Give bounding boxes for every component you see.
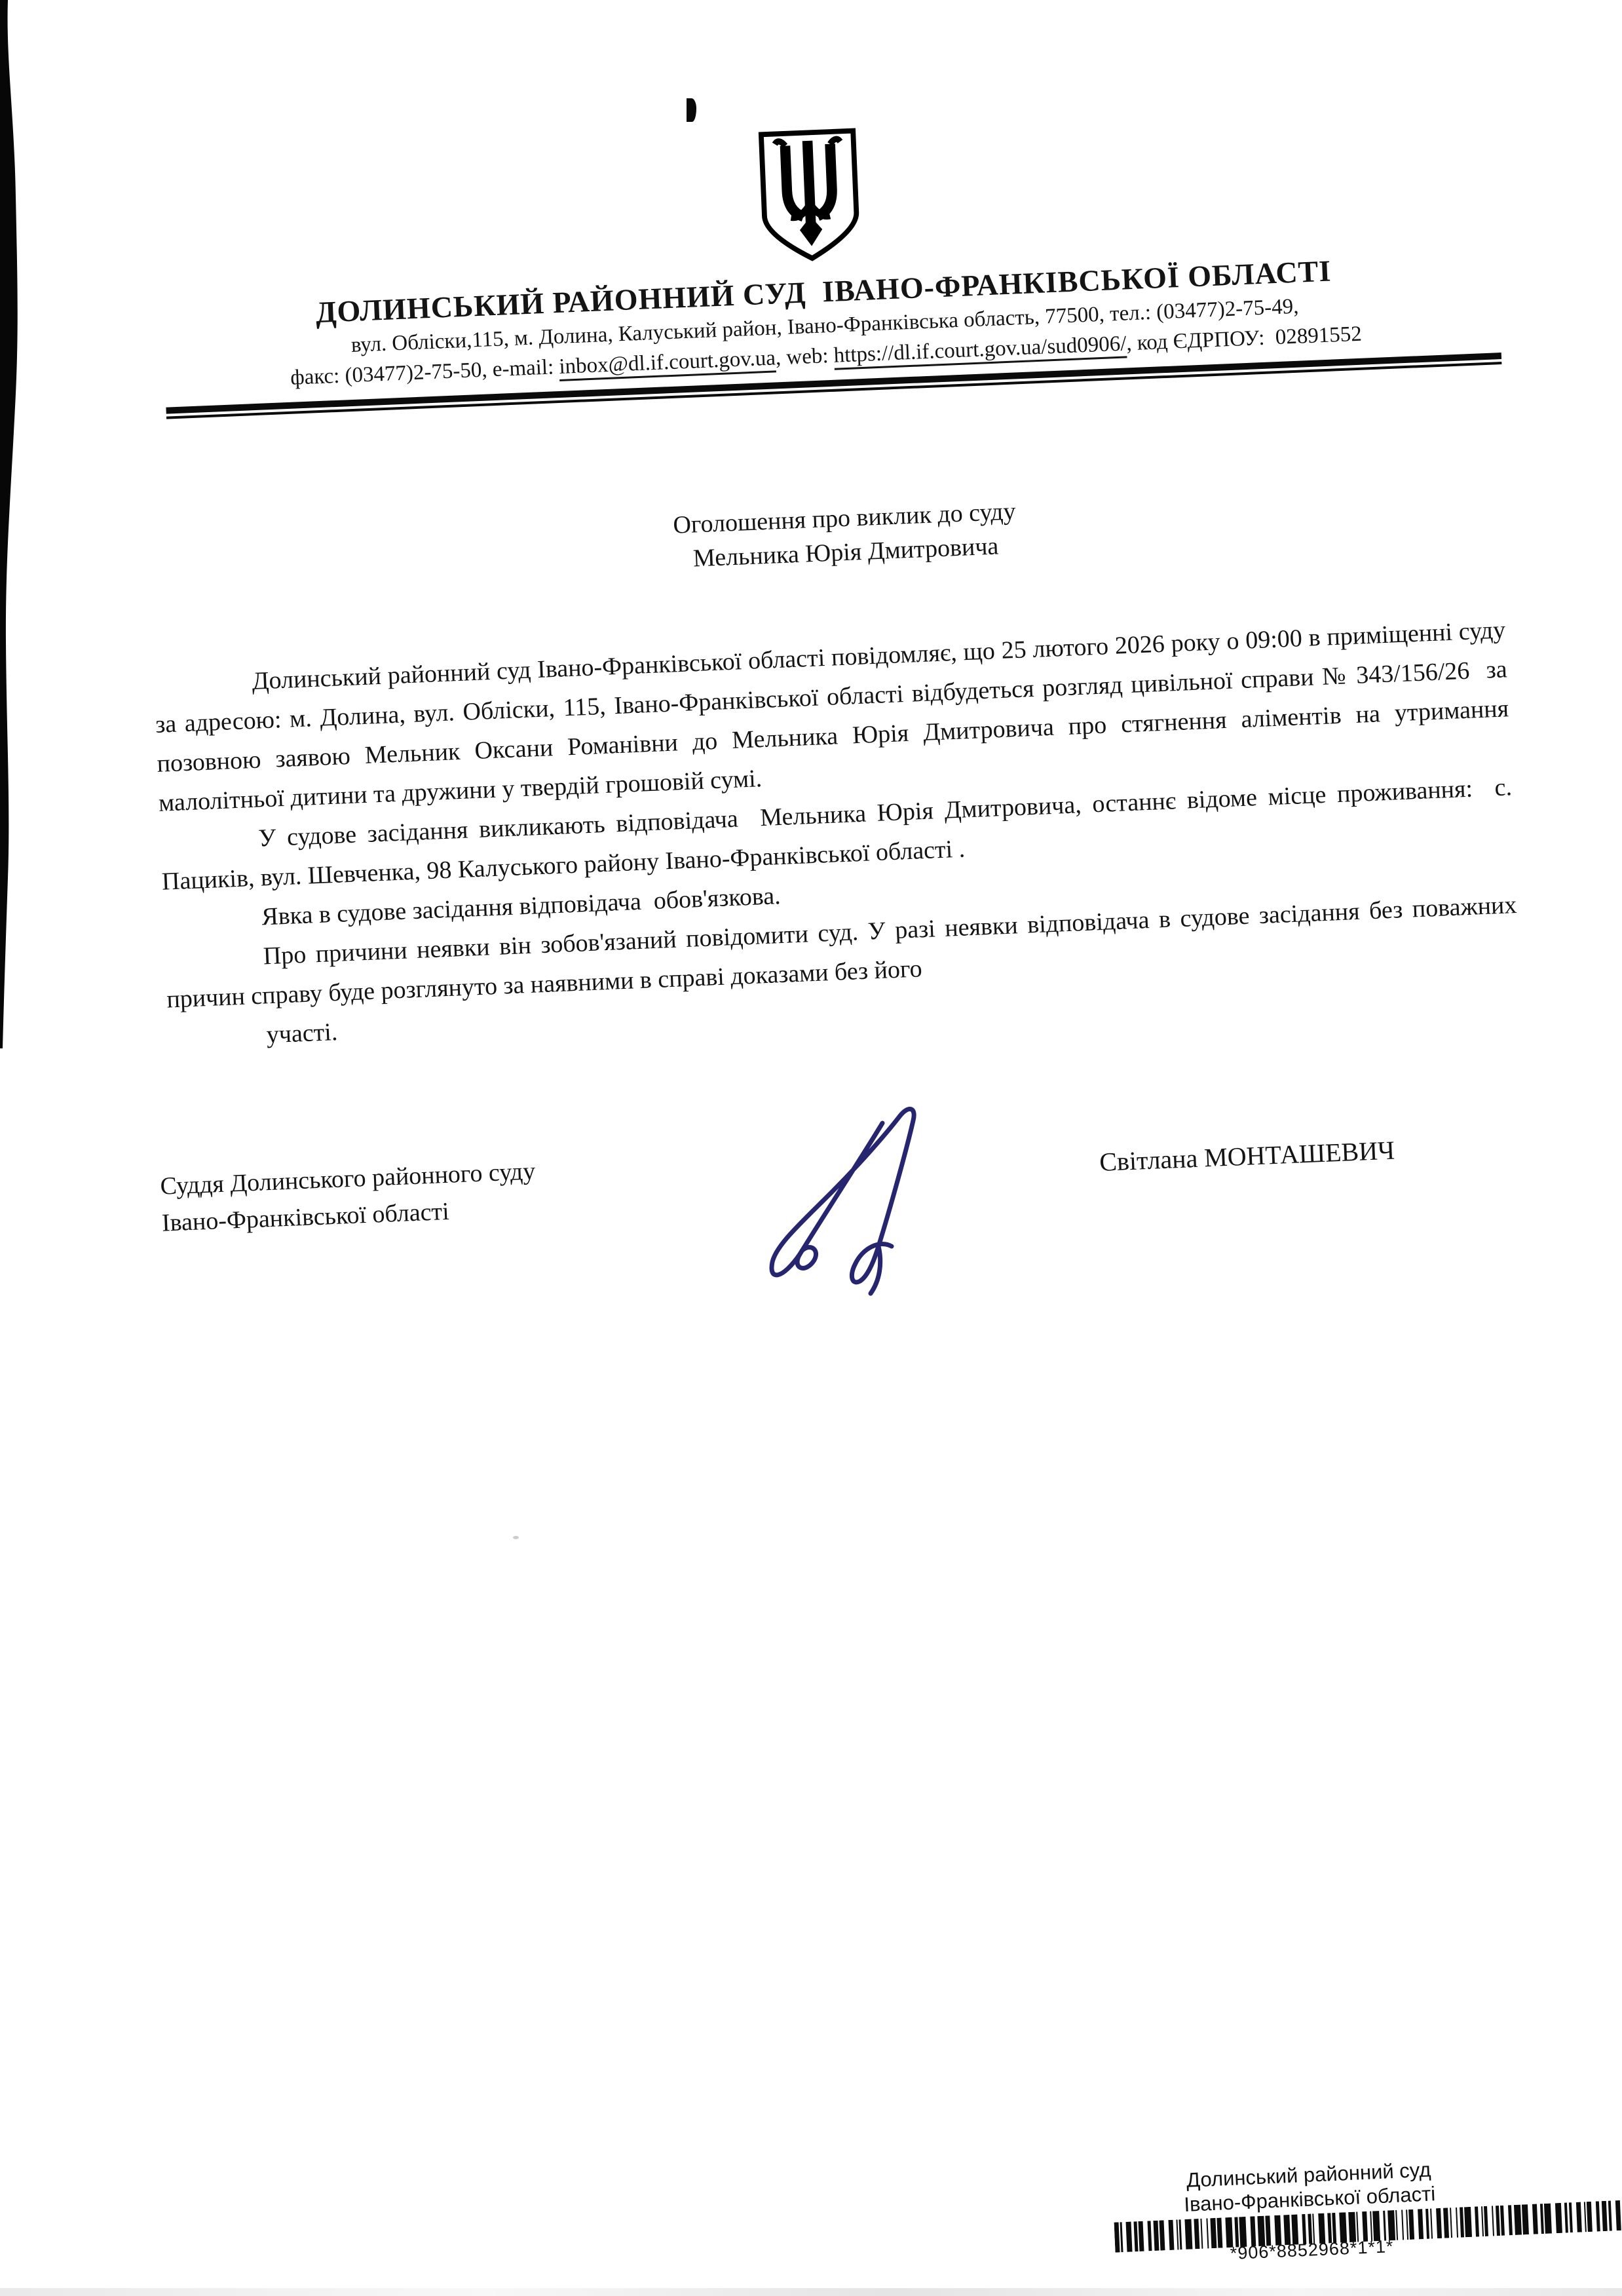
court-stamp-block: Долинський районний суд Івано-Франківськ… — [1112, 2148, 1622, 2268]
letterhead: ДОЛИНСЬКИЙ РАЙОННИЙ СУД ІВАНО-ФРАНКІВСЬК… — [94, 98, 1532, 421]
court-email: inbox@dl.if.court.gov.ua — [559, 346, 776, 381]
document-title: Оголошення про виклик до суду Мельника Ю… — [130, 472, 1560, 598]
judge-name: Світлана МОНТАШЕВИЧ — [1098, 1118, 1396, 1203]
scan-speck — [513, 1536, 519, 1539]
scan-ink-blob — [687, 98, 696, 122]
document-body: Долинський районний суд Івано-Франківськ… — [91, 610, 1534, 1062]
address-web-label: , web: — [775, 344, 834, 370]
handwritten-signature — [744, 1082, 940, 1309]
scan-bottom-edge — [0, 2288, 1622, 2296]
judge-position: Суддя Долинського районного суду Івано-Ф… — [160, 1153, 538, 1241]
ukraine-trident-shield-icon — [756, 126, 863, 266]
scanned-court-document-page: ДОЛИНСЬКИЙ РАЙОННИЙ СУД ІВАНО-ФРАНКІВСЬК… — [0, 0, 1622, 2296]
scan-edge-artifact — [0, 0, 22, 1048]
address-edrpou-part: , код ЄДРПОУ: 02891552 — [1126, 322, 1363, 356]
